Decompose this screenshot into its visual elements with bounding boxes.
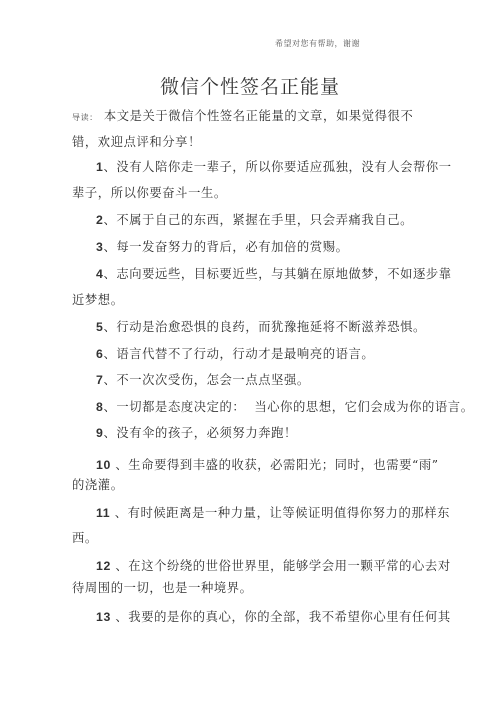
list-item-12-cont: 待周围的一切，也是一种境界。	[72, 578, 253, 596]
item-separator: 、	[103, 347, 116, 361]
list-item-8: 8、一切都是态度决定的： 当心你的思想，它们会成为你的语言。	[96, 397, 474, 415]
item-separator: 、	[103, 267, 116, 281]
item-separator: 、	[103, 160, 116, 174]
item-separator: 、	[103, 426, 116, 440]
list-item-5: 5、行动是治愈恐惧的良药，而犹豫拖延将不断滋养恐惧。	[96, 317, 426, 335]
item-text: 不一次次受伤，怎会一点点坚强。	[116, 373, 309, 387]
item-separator: 、	[111, 458, 128, 472]
item-separator: 、	[111, 559, 128, 573]
item-text: 我要的是你的真心，你的全部，我不希望你心里有任何其	[128, 610, 450, 624]
item-separator: 、	[103, 240, 116, 254]
list-item-4-cont: 近梦想。	[72, 290, 124, 308]
item-text: 没有人陪你走一辈子，所以你要适应孤独，没有人会帮你一	[116, 160, 451, 174]
item-separator: 、	[110, 506, 127, 520]
item-text: 在这个纷绕的世俗世界里，能够学会用一颗平常的心去对	[128, 559, 450, 573]
list-item-4: 4、志向要远些，目标要近些，与其躺在原地做梦，不如逐步靠	[96, 264, 452, 282]
list-item-1-cont: 辈子，所以你要奋斗一生。	[72, 183, 227, 201]
item-text: 语言代替不了行动，行动才是最响亮的语言。	[116, 347, 374, 361]
item-separator: 、	[103, 400, 116, 414]
item-text: 生命要得到丰盛的收获，必需阳光；同时，也需要“雨”	[128, 458, 438, 472]
item-separator: 、	[111, 610, 128, 624]
item-separator: 、	[103, 213, 116, 227]
list-item-10: 10 、生命要得到丰盛的收获，必需阳光；同时，也需要“雨”	[96, 455, 439, 473]
intro-text-1: 本文是关于微信个性签名正能量的文章，如果觉得很不	[104, 109, 414, 123]
list-item-10-cont: 的浇灌。	[72, 475, 124, 493]
intro-line-1: 导读：本文是关于微信个性签名正能量的文章，如果觉得很不	[72, 106, 413, 124]
header-note: 希望对您有帮助，谢谢	[275, 38, 360, 49]
item-text: 志向要远些，目标要近些，与其躺在原地做梦，不如逐步靠	[116, 267, 451, 281]
item-number: 10	[96, 458, 111, 472]
item-text: 没有伞的孩子，必须努力奔跑！	[116, 426, 297, 440]
list-item-1: 1、没有人陪你走一辈子，所以你要适应孤独，没有人会帮你一	[96, 157, 452, 175]
item-number: 12	[96, 559, 111, 573]
list-item-9: 9、没有伞的孩子，必须努力奔跑！	[96, 423, 297, 441]
document-title: 微信个性签名正能量	[0, 72, 500, 99]
item-text: 一切都是态度决定的： 当心你的思想，它们会成为你的语言。	[116, 400, 473, 414]
item-text: 行动是治愈恐惧的良药，而犹豫拖延将不断滋养恐惧。	[116, 320, 426, 334]
list-item-11-cont: 西。	[72, 528, 98, 546]
item-text: 每一发奋努力的背后，必有加倍的赏赐。	[116, 240, 348, 254]
list-item-7: 7、不一次次受伤，怎会一点点坚强。	[96, 370, 310, 388]
intro-line-2: 错，欢迎点评和分享！	[72, 132, 201, 150]
list-item-13: 13 、我要的是你的真心，你的全部，我不希望你心里有任何其	[96, 607, 451, 625]
list-item-3: 3、每一发奋努力的背后，必有加倍的赏赐。	[96, 237, 349, 255]
list-item-12: 12 、在这个纷绕的世俗世界里，能够学会用一颗平常的心去对	[96, 556, 451, 574]
list-item-11: 11 、有时候距离是一种力量，让等候证明值得你努力的那样东	[96, 503, 450, 521]
item-number: 11	[96, 506, 110, 520]
item-separator: 、	[103, 320, 116, 334]
item-separator: 、	[103, 373, 116, 387]
item-text: 不属于自己的东西，紧握在手里，只会弄痛我自己。	[116, 213, 413, 227]
list-item-6: 6、语言代替不了行动，行动才是最响亮的语言。	[96, 344, 374, 362]
intro-lead: 导读：	[72, 113, 98, 122]
list-item-2: 2、不属于自己的东西，紧握在手里，只会弄痛我自己。	[96, 210, 413, 228]
item-number: 13	[96, 610, 111, 624]
item-text: 有时候距离是一种力量，让等候证明值得你努力的那样东	[128, 506, 450, 520]
